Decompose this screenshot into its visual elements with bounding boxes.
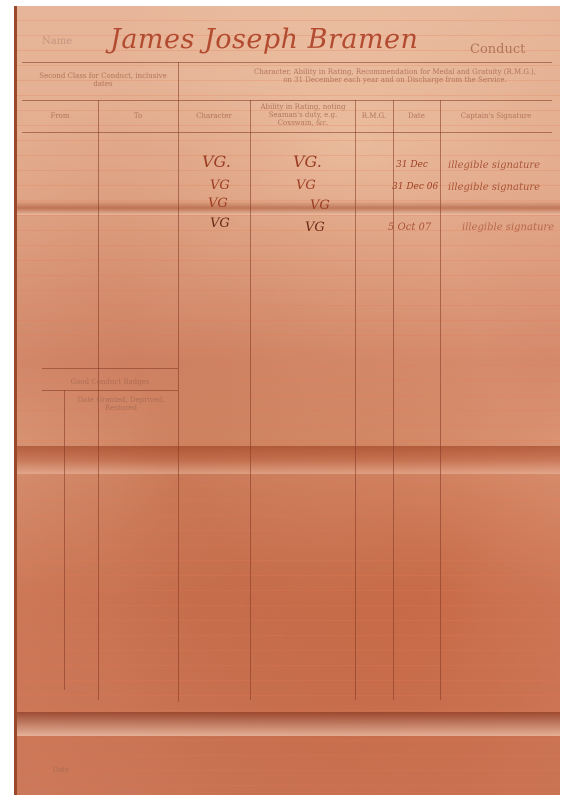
row1-ability: VG. [293, 152, 322, 171]
group-header-conduct-class: Second Class for Conduct, inclusive date… [30, 72, 176, 88]
rule [22, 132, 552, 133]
row2-character: VG [210, 178, 230, 193]
col-header-date: Date [393, 112, 440, 120]
row2-signature: illegible signature [448, 182, 540, 193]
name-label: Name [42, 38, 72, 46]
column-divider [355, 100, 356, 700]
rule [42, 368, 178, 369]
rule [42, 390, 178, 391]
badges-header: Good Conduct Badges [42, 378, 178, 386]
col-header-signature: Captain's Signature [440, 112, 552, 120]
col-header-rmg: R.M.G. [355, 112, 393, 120]
column-divider [178, 62, 179, 702]
row4-character: VG [210, 216, 230, 231]
col-header-ability: Ability in Rating, noting Seaman's duty,… [252, 103, 354, 127]
col-header-character: Character [178, 112, 250, 120]
row2-date: 31 Dec 06 [392, 182, 438, 192]
fold-crease [17, 712, 560, 736]
column-divider [440, 100, 441, 700]
row2-ability: VG [296, 178, 316, 193]
row4-date: 5 Oct 07 [388, 222, 431, 233]
badges-col-header: Date Granted, Deprived, Restored [66, 396, 176, 412]
row1-date: 31 Dec [396, 160, 428, 170]
col-header-from: From [22, 112, 98, 120]
rule [22, 62, 552, 63]
column-divider [64, 390, 65, 690]
conduct-label: Conduct [470, 46, 525, 54]
row4-signature: illegible signature [462, 222, 554, 233]
row4-ability: VG [305, 220, 325, 235]
footer-date-label: Date [46, 766, 76, 774]
rule [22, 100, 552, 101]
col-header-to: To [98, 112, 178, 120]
column-divider [250, 100, 251, 700]
sailor-name: James Joseph Bramen [110, 24, 418, 55]
row3-character: VG [208, 196, 228, 211]
group-header-character: Character, Ability in Rating, Recommenda… [250, 68, 540, 84]
row3-ability: VG [310, 198, 330, 213]
row1-character: VG. [202, 152, 231, 171]
row1-signature: illegible signature [448, 160, 540, 171]
